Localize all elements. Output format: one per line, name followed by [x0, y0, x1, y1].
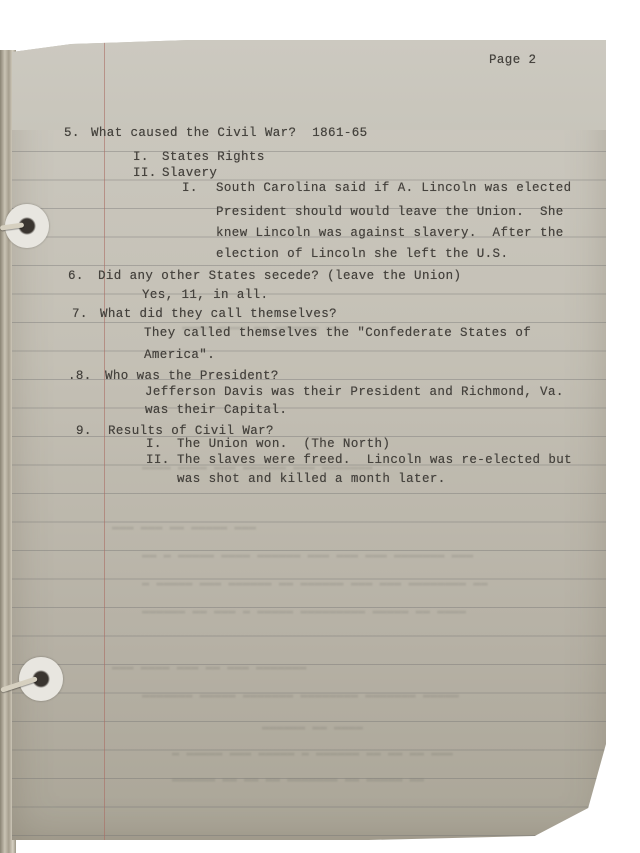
- page-number: Page 2: [489, 54, 536, 67]
- answer-marker: I.: [133, 151, 149, 164]
- bleed-through-text: ▬▬▬▬▬▬ ▬▬ ▬▬▬ ▬ ▬▬▬▬▬ ▬▬▬▬▬▬▬▬▬ ▬▬▬▬▬ ▬▬…: [142, 604, 466, 618]
- answer-text: South Carolina said if A. Lincoln was el…: [216, 182, 572, 195]
- bleed-through-text: ▬▬▬▬▬▬▬ ▬▬▬▬▬ ▬▬▬▬▬▬▬ ▬▬▬▬▬▬▬▬ ▬▬▬▬▬▬▬ ▬…: [142, 688, 459, 702]
- answer-text: Slavery: [162, 167, 217, 180]
- answer-text: Yes, 11, in all.: [142, 289, 268, 302]
- margin-line: [104, 40, 105, 840]
- question-number: 9.: [76, 425, 92, 438]
- bleed-through-text: ▬ ▬▬▬▬▬ ▬▬▬ ▬▬▬▬▬▬ ▬▬ ▬▬▬▬▬▬ ▬▬▬ ▬▬▬ ▬▬▬…: [142, 576, 488, 590]
- answer-text: was their Capital.: [145, 404, 287, 417]
- question-text: Did any other States secede? (leave the …: [98, 270, 461, 283]
- answer-text: knew Lincoln was against slavery. After …: [216, 227, 564, 240]
- answer-text: election of Lincoln she left the U.S.: [216, 248, 508, 261]
- bleed-through-text: ▬▬▬ ▬▬▬ ▬▬ ▬▬▬▬▬ ▬▬▬: [112, 520, 256, 534]
- answer-text: was shot and killed a month later.: [177, 473, 446, 486]
- bleed-through-text: ▬▬▬▬▬▬ ▬▬ ▬▬▬▬: [262, 720, 363, 734]
- answer-text: Jefferson Davis was their President and …: [145, 386, 564, 399]
- question-number: 6.: [68, 270, 84, 283]
- question-number: .8.: [68, 370, 92, 383]
- question-text: Results of Civil War?: [108, 425, 274, 438]
- answer-marker: II.: [146, 454, 170, 467]
- answer-marker: I.: [146, 438, 162, 451]
- answer-text: The Union won. (The North): [177, 438, 390, 451]
- question-number: 5.: [64, 127, 80, 140]
- question-number: 7.: [72, 308, 88, 321]
- answer-text: States Rights: [162, 151, 265, 164]
- bleed-through-text: ▬▬▬▬▬▬ ▬▬ ▬▬ ▬▬ ▬▬▬▬▬▬▬ ▬▬ ▬▬▬▬▬ ▬▬: [172, 772, 424, 786]
- answer-marker: II.: [133, 167, 157, 180]
- answer-text: President should would leave the Union. …: [216, 206, 564, 219]
- question-text: What caused the Civil War? 1861-65: [91, 127, 368, 140]
- question-text: What did they call themselves?: [100, 308, 337, 321]
- bleed-through-text: ▬▬ ▬ ▬▬▬▬▬ ▬▬▬▬ ▬▬▬▬▬▬ ▬▬▬ ▬▬▬ ▬▬▬ ▬▬▬▬▬…: [142, 548, 473, 562]
- answer-text: The slaves were freed. Lincoln was re-el…: [177, 454, 572, 467]
- question-text: Who was the President?: [105, 370, 279, 383]
- bleed-through-text: ▬ ▬▬▬▬▬ ▬▬▬ ▬▬▬▬▬ ▬ ▬▬▬▬▬▬ ▬▬ ▬▬ ▬▬ ▬▬▬: [172, 746, 453, 760]
- answer-text: They called themselves the "Confederate …: [144, 327, 531, 340]
- bleed-through-text: ▬▬▬ ▬▬▬▬ ▬▬▬ ▬▬ ▬▬▬ ▬▬▬▬▬▬▬: [112, 660, 306, 674]
- answer-marker: I.: [182, 182, 198, 195]
- answer-text: America".: [144, 349, 215, 362]
